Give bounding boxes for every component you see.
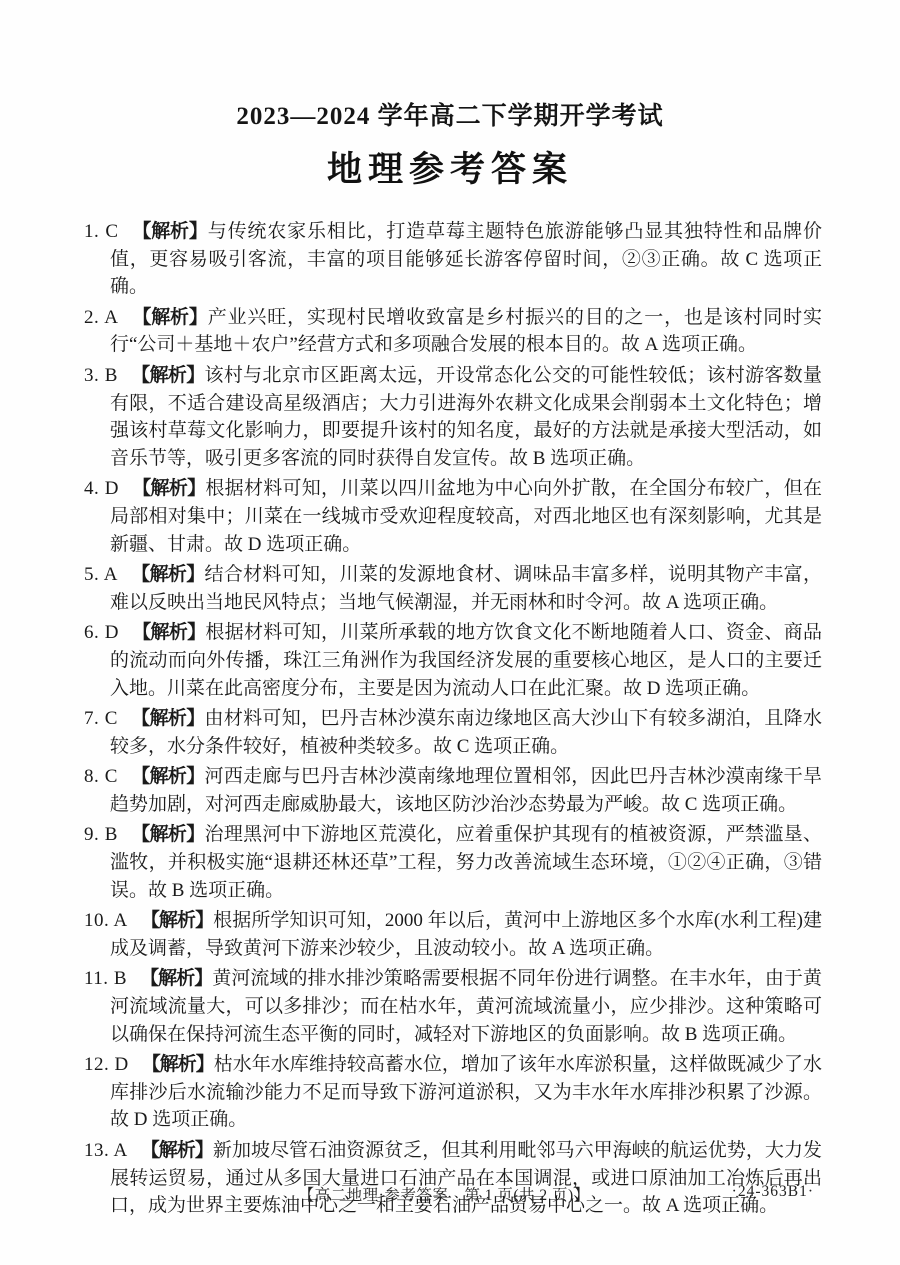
answer-item-11: 11. B【解析】黄河流域的排水排沙策略需要根据不同年份进行调整。在丰水年，由于… <box>84 965 822 1048</box>
analysis-tag: 【解析】 <box>140 968 212 989</box>
page-title: 地理参考答案 <box>0 142 900 192</box>
answer-sheet-page: 2023—2024 学年高二下学期开学考试 地理参考答案 1. C【解析】与传统… <box>0 0 900 1265</box>
answer-item-4: 4. D【解析】根据材料可知，川菜以四川盆地为中心向外扩散，在全国分布较广，但在… <box>84 475 822 558</box>
analysis-tag: 【解析】 <box>141 910 213 931</box>
answer-number: 3. B <box>84 365 118 386</box>
answer-text: 河西走廊与巴丹吉林沙漠南缘地理位置相邻，因此巴丹吉林沙漠南缘干旱趋势加剧，对河西… <box>110 766 822 815</box>
answer-number: 8. C <box>84 766 118 787</box>
analysis-tag: 【解析】 <box>132 622 205 643</box>
answer-number: 10. A <box>84 910 128 931</box>
page-footer: 【高二地理·参考答案 第 1 页(共 2 页)】 ·24-363B1· <box>0 1183 900 1209</box>
analysis-tag: 【解析】 <box>132 221 208 242</box>
answer-item-2: 2. A【解析】产业兴旺，实现村民增收致富是乡村振兴的目的之一，也是该村同时实行… <box>84 304 822 359</box>
answer-list: 1. C【解析】与传统农家乐相比，打造草莓主题特色旅游能够凸显其独特性和品牌价值… <box>0 218 900 1220</box>
footer-paper-code: ·24-363B1· <box>732 1183 814 1201</box>
title-block: 2023—2024 学年高二下学期开学考试 地理参考答案 <box>0 0 900 192</box>
answer-text: 根据材料可知，川菜以四川盆地为中心向外扩散，在全国分布较广，但在局部相对集中；川… <box>110 478 822 554</box>
exam-title: 2023—2024 学年高二下学期开学考试 <box>0 96 900 132</box>
answer-item-3: 3. B【解析】该村与北京市区距离太远，开设常态化公交的可能性较低；该村游客数量… <box>84 362 822 472</box>
analysis-tag: 【解析】 <box>141 1140 213 1161</box>
answer-text: 结合材料可知，川菜的发源地食材、调味品丰富多样，说明其物产丰富，难以反映出当地民… <box>110 564 822 613</box>
analysis-tag: 【解析】 <box>131 766 205 787</box>
answer-number: 6. D <box>84 622 119 643</box>
answer-number: 7. C <box>84 708 118 729</box>
analysis-tag: 【解析】 <box>132 478 205 499</box>
answer-item-6: 6. D【解析】根据材料可知，川菜所承载的地方饮食文化不断地随着人口、资金、商品… <box>84 619 822 702</box>
answer-number: 1. C <box>84 221 119 242</box>
answer-item-10: 10. A【解析】根据所学知识可知，2000 年以后，黄河中上游地区多个水库(水… <box>84 907 822 962</box>
answer-item-1: 1. C【解析】与传统农家乐相比，打造草莓主题特色旅游能够凸显其独特性和品牌价值… <box>84 218 822 301</box>
answer-text: 产业兴旺，实现村民增收致富是乡村振兴的目的之一，也是该村同时实行“公司＋基地＋农… <box>110 307 822 356</box>
answer-number: 12. D <box>84 1054 129 1075</box>
answer-text: 该村与北京市区距离太远，开设常态化公交的可能性较低；该村游客数量有限，不适合建设… <box>110 365 822 469</box>
answer-number: 5. A <box>84 564 118 585</box>
answer-text: 与传统农家乐相比，打造草莓主题特色旅游能够凸显其独特性和品牌价值，更容易吸引客流… <box>110 221 822 297</box>
answer-number: 9. B <box>84 824 118 845</box>
answer-text: 根据材料可知，川菜所承载的地方饮食文化不断地随着人口、资金、商品的流动而向外传播… <box>110 622 822 698</box>
footer-page-label: 【高二地理·参考答案 第 1 页(共 2 页)】 <box>299 1183 590 1205</box>
answer-item-9: 9. B【解析】治理黑河中下游地区荒漠化，应着重保护其现有的植被资源，严禁滥垦、… <box>84 821 822 904</box>
analysis-tag: 【解析】 <box>142 1054 214 1075</box>
answer-item-5: 5. A【解析】结合材料可知，川菜的发源地食材、调味品丰富多样，说明其物产丰富，… <box>84 561 822 616</box>
answer-number: 11. B <box>84 968 127 989</box>
analysis-tag: 【解析】 <box>131 708 205 729</box>
answer-number: 13. A <box>84 1140 128 1161</box>
answer-text: 黄河流域的排水排沙策略需要根据不同年份进行调整。在丰水年，由于黄河流域流量大，可… <box>110 968 822 1044</box>
analysis-tag: 【解析】 <box>132 307 208 328</box>
answer-item-8: 8. C【解析】河西走廊与巴丹吉林沙漠南缘地理位置相邻，因此巴丹吉林沙漠南缘干旱… <box>84 763 822 818</box>
answer-item-12: 12. D【解析】枯水年水库维持较高蓄水位，增加了该年水库淤积量，这样做既减少了… <box>84 1051 822 1134</box>
answer-number: 2. A <box>84 307 119 328</box>
analysis-tag: 【解析】 <box>131 365 205 386</box>
answer-number: 4. D <box>84 478 119 499</box>
answer-text: 根据所学知识可知，2000 年以后，黄河中上游地区多个水库(水利工程)建成及调蓄… <box>110 910 822 959</box>
analysis-tag: 【解析】 <box>131 824 205 845</box>
analysis-tag: 【解析】 <box>131 564 205 585</box>
answer-text: 由材料可知，巴丹吉林沙漠东南边缘地区高大沙山下有较多湖泊，且降水较多，水分条件较… <box>110 708 822 757</box>
answer-text: 治理黑河中下游地区荒漠化，应着重保护其现有的植被资源，严禁滥垦、滥牧，并积极实施… <box>110 824 822 900</box>
answer-item-7: 7. C【解析】由材料可知，巴丹吉林沙漠东南边缘地区高大沙山下有较多湖泊，且降水… <box>84 705 822 760</box>
answer-text: 枯水年水库维持较高蓄水位，增加了该年水库淤积量，这样做既减少了水库排沙后水流输沙… <box>110 1054 822 1130</box>
